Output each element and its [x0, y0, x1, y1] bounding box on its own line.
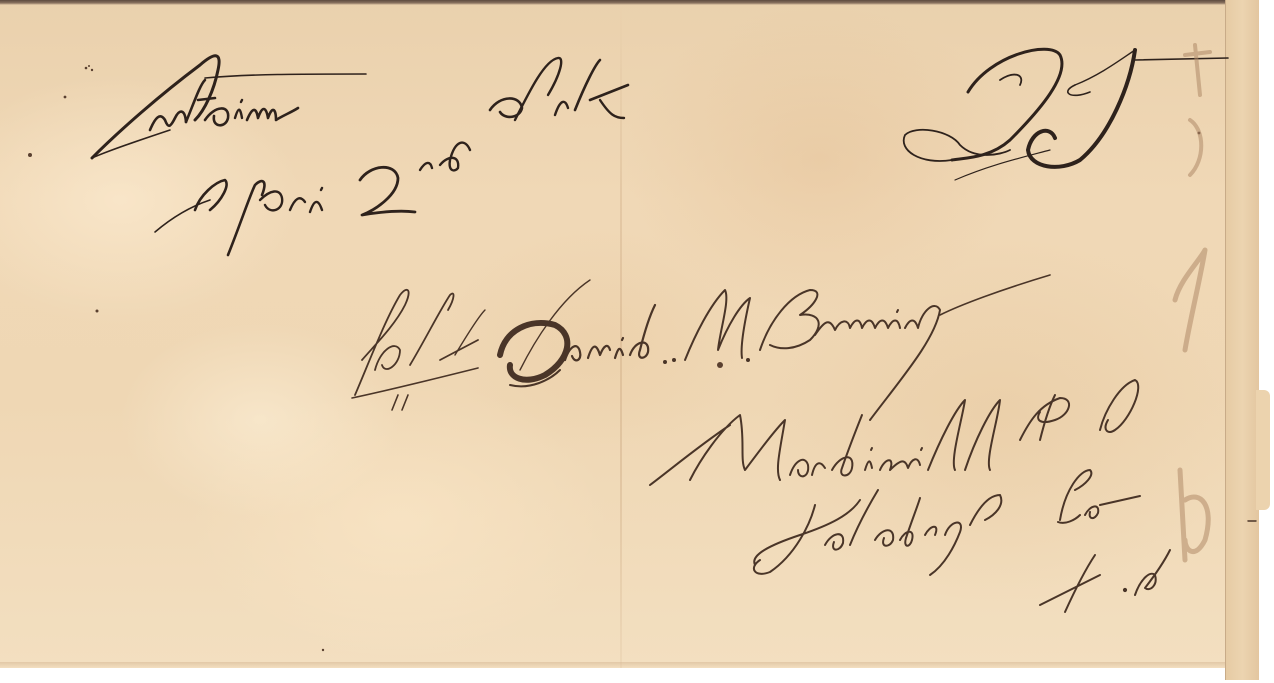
postmark-town-script	[92, 56, 628, 158]
flap-ghost-marks	[1175, 45, 1210, 560]
address-county-script	[754, 470, 1140, 575]
addressee-name-script	[500, 275, 1050, 420]
postmark-date-script	[155, 143, 470, 255]
handwriting-layer	[0, 0, 1274, 683]
address-post-office-script	[650, 380, 1138, 485]
addressee-title-script	[352, 290, 485, 410]
postage-rate-script	[904, 49, 1228, 180]
address-state-script	[1040, 550, 1170, 612]
